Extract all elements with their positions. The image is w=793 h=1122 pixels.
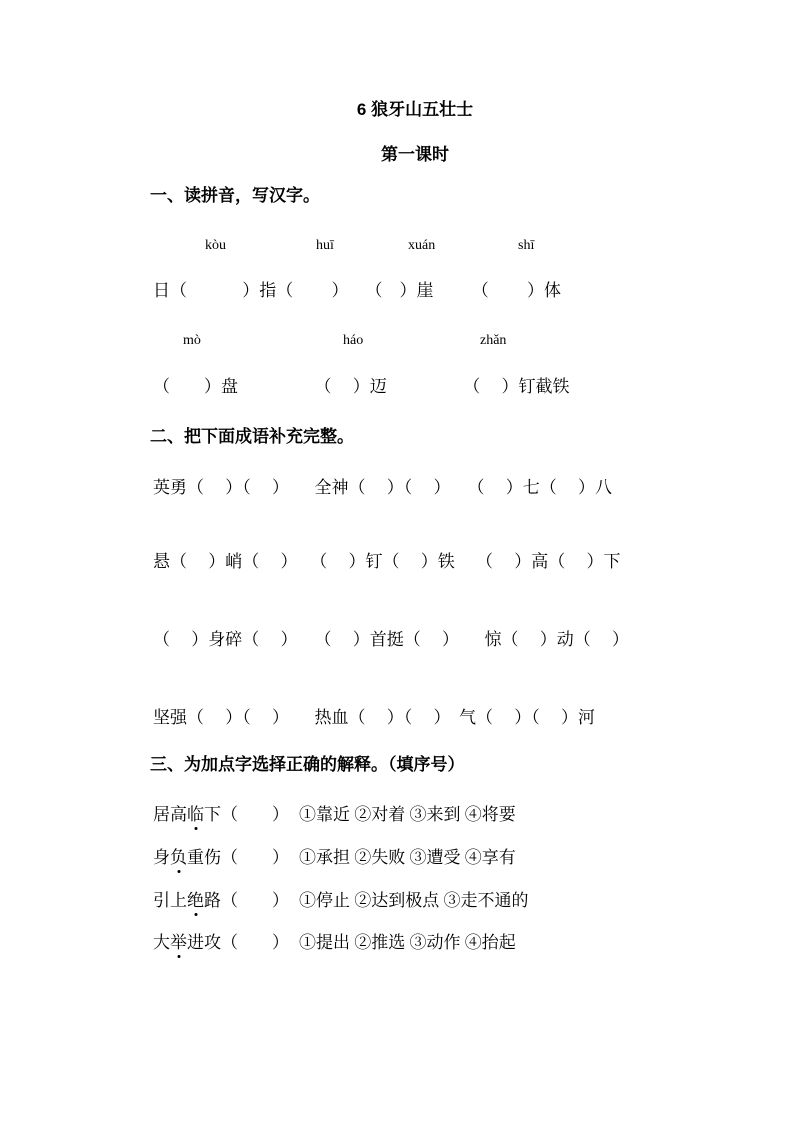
phrase-choice-line: 引上绝路（ ）①停止 ②达到极点 ③走不通的 (153, 891, 529, 911)
phrase-prefix: 身 (153, 848, 170, 867)
worksheet-page: 6 狼牙山五壮士 第一课时 一、读拼音，写汉字。 kòu huī xuán sh… (0, 0, 793, 1122)
page-title: 6 狼牙山五壮士 (150, 100, 680, 120)
option-list: ①停止 ②达到极点 ③走不通的 (299, 891, 529, 910)
pinyin-syllable: shī (518, 238, 534, 254)
phrase-prefix: 引上 (153, 891, 187, 910)
phrase-suffix: 进攻（ ） (187, 933, 289, 952)
option-list: ①提出 ②推选 ③动作 ④抬起 (299, 933, 516, 952)
pinyin-syllable: háo (343, 333, 363, 349)
pinyin-row-1: kòu huī xuán shī (0, 238, 793, 258)
pinyin-syllable: huī (316, 238, 334, 254)
dotted-character: 绝 (187, 891, 204, 911)
phrase-suffix: 下（ ） (204, 805, 289, 824)
dotted-character: 负 (170, 848, 187, 868)
dotted-character: 临 (187, 805, 204, 825)
hanzi-fill-line-2: （ ）盘 （ ）迈 （ ）钉截铁 (153, 377, 570, 397)
dotted-character: 举 (170, 933, 187, 953)
pinyin-syllable: xuán (408, 238, 435, 254)
idiom-fill-line: 英勇（ ）（ ） 全神（ ）（ ） （ ）七（ ）八 (153, 478, 612, 498)
section1-heading: 一、读拼音，写汉字。 (150, 186, 320, 206)
lesson-period-subtitle: 第一课时 (150, 145, 680, 165)
phrase-suffix: 路（ ） (204, 891, 289, 910)
section3-heading: 三、为加点字选择正确的解释。（填序号） (150, 755, 465, 775)
idiom-fill-line: （ ）身碎（ ） （ ）首挺（ ） 惊（ ）动（ ） (153, 630, 629, 650)
option-list: ①靠近 ②对着 ③来到 ④将要 (299, 805, 516, 824)
phrase-prefix: 大 (153, 933, 170, 952)
phrase-prefix: 居高 (153, 805, 187, 824)
phrase-choice-line: 大举进攻（ ）①提出 ②推选 ③动作 ④抬起 (153, 933, 516, 953)
phrase-choice-line: 身负重伤（ ）①承担 ②失败 ③遭受 ④享有 (153, 848, 516, 868)
option-list: ①承担 ②失败 ③遭受 ④享有 (299, 848, 516, 867)
hanzi-fill-line-1: 日（ ）指（ ） （ ）崖 （ ）体 (153, 281, 561, 301)
phrase-choice-line: 居高临下（ ）①靠近 ②对着 ③来到 ④将要 (153, 805, 516, 825)
idiom-fill-line: 坚强（ ）（ ） 热血（ ）（ ） 气（ ）（ ）河 (153, 708, 595, 728)
pinyin-syllable: kòu (205, 238, 226, 254)
idiom-fill-line: 悬（ ）峭（ ） （ ）钉（ ）铁 （ ）高（ ）下 (153, 552, 621, 572)
pinyin-row-2: mò háo zhǎn (0, 333, 793, 353)
section2-heading: 二、把下面成语补充完整。 (150, 427, 354, 447)
phrase-suffix: 重伤（ ） (187, 848, 289, 867)
pinyin-syllable: zhǎn (480, 333, 506, 349)
pinyin-syllable: mò (183, 333, 201, 349)
